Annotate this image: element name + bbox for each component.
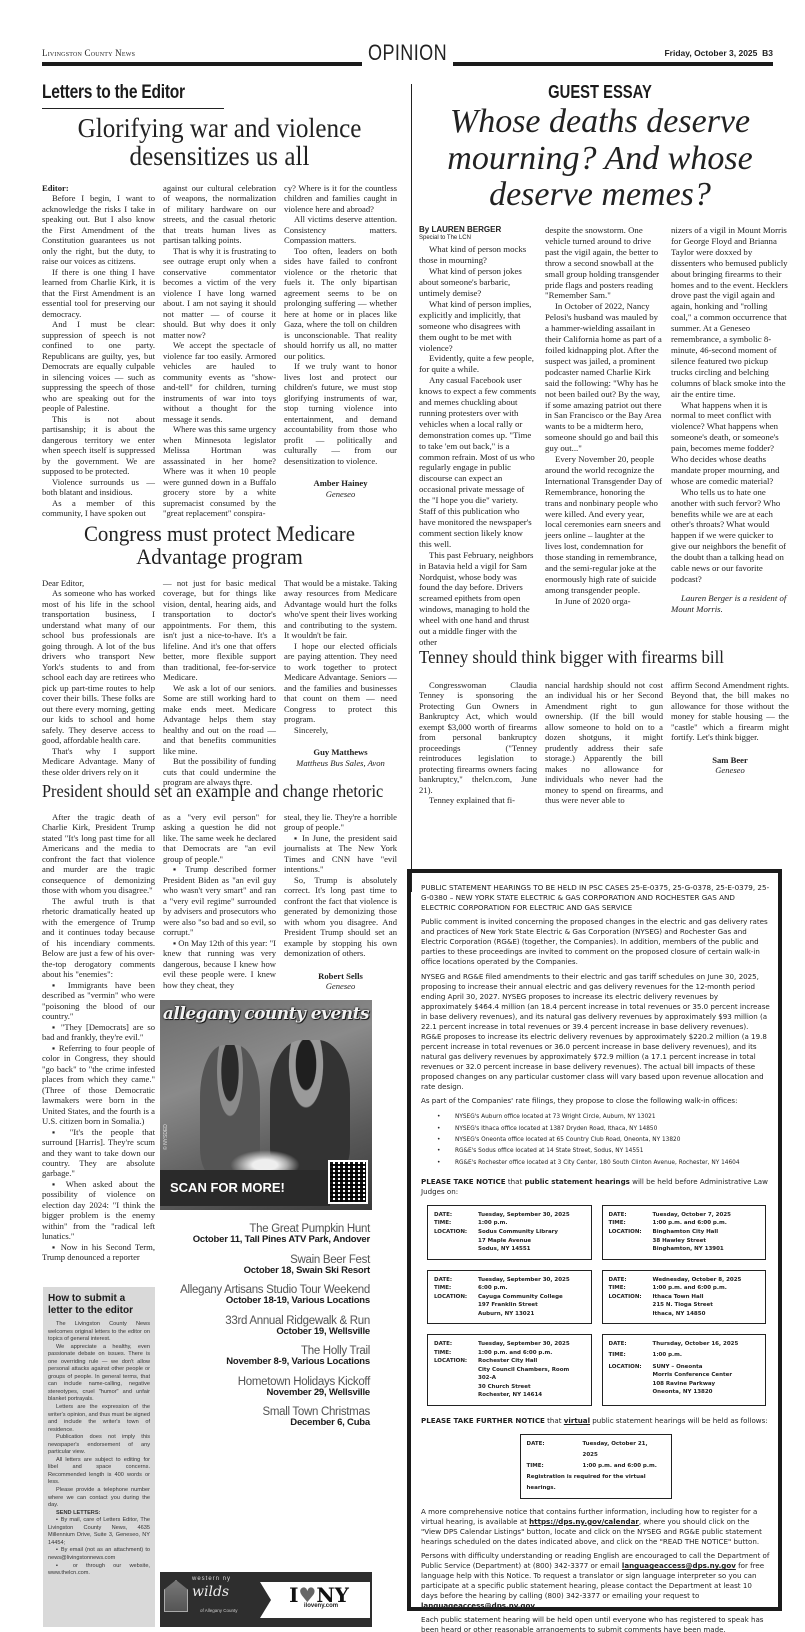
paragraph: The Livingston County News welcomes orig… [48, 1321, 150, 1344]
ad-footer: western ny wilds of Allegany County I♥NY… [160, 1572, 372, 1627]
bullet-paragraph: ▪ Immigrants have been described as "ver… [42, 980, 155, 1022]
take-notice: PLEASE TAKE NOTICE that public statement… [421, 1177, 770, 1197]
paragraph: If we truly want to honor lives lost and… [284, 361, 397, 466]
paragraph: against our cultural celebration of weap… [163, 183, 276, 246]
allegany-events-ad[interactable]: allegany county events © NYSDED SCAN FOR… [160, 1000, 372, 1627]
wny-logo-sub: of Allegany County [200, 1608, 238, 1613]
photo-credit: © NYSDED [163, 1124, 169, 1150]
paragraph: We ask a lot of our seniors. Some are st… [163, 683, 276, 756]
paragraph: This is not about partisanship; it is ab… [42, 414, 155, 477]
letter2-col2: — not just for basic medical coverage, b… [163, 578, 276, 778]
author-town: Mattheus Bus Sales, Avon [284, 758, 397, 768]
qr-code-icon[interactable] [328, 1160, 368, 1204]
paragraph: The awful truth is that rhetoric dramati… [42, 896, 155, 980]
paragraph: Before I begin, I want to acknowledge th… [42, 193, 155, 266]
letter4-col1: Congresswoman Claudia Tenney is sponsori… [419, 680, 537, 870]
paragraph: — not just for basic medical coverage, b… [163, 578, 276, 683]
event-date-location: November 29, Wellsville [160, 1388, 370, 1398]
bullet-paragraph: ▪ When asked about the possibility of vi… [42, 1179, 155, 1242]
how-to-submit-box: How to submit a letter to the editor The… [43, 1287, 155, 1627]
paragraph: Tenney explained that fi- [419, 795, 537, 805]
hearing-grid: DATE:Tuesday, September 30, 2025 TIME:1:… [427, 1205, 766, 1406]
issue-date: Friday, October 3, 2025 [664, 48, 757, 58]
submit-box-body: The Livingston County News welcomes orig… [48, 1321, 150, 1578]
paragraph: After the tragic death of Charlie Kirk, … [42, 812, 155, 896]
paragraph: Any casual Facebook user knows to expect… [419, 375, 537, 550]
paragraph: nancial hardship should not cost an indi… [545, 680, 663, 806]
calendar-link[interactable]: https://dps.ny.gov/calendar [529, 1517, 639, 1526]
office-item: RG&E's Sodus office located at 14 State … [437, 1146, 770, 1157]
letter4-col2: nancial hardship should not cost an indi… [545, 680, 663, 870]
paragraph: All victims deserve attention. Consisten… [284, 214, 397, 245]
event-title: 33rd Annual Ridgewalk & Run [160, 1315, 370, 1327]
salutation: Dear Editor, [42, 578, 155, 588]
wny-logo-script: wilds [192, 1585, 229, 1599]
event-item: Hometown Holidays Kickoff November 29, W… [160, 1376, 370, 1399]
registration-note: Registration is required for the virtual… [527, 1472, 665, 1494]
page-number: B3 [762, 48, 773, 58]
paragraph: Letters are the expression of the writer… [48, 1404, 150, 1434]
office-item: NYSEG's Ithaca office located at 1387 Dr… [437, 1124, 770, 1135]
byline-sub: Special to The LCN [419, 235, 537, 242]
bullet-paragraph: ▪ On May 12th of this year: "I knew that… [163, 938, 276, 990]
paper-name: Livingston County News [42, 48, 135, 58]
bullet-paragraph: ▪ Now in his Second Term, Trump denounce… [42, 1242, 155, 1263]
further-notice: PLEASE TAKE FURTHER NOTICE that virtual … [421, 1416, 770, 1426]
notice-close-intro: As part of the Companies' rate filings, … [421, 1096, 770, 1106]
events-list: The Great Pumpkin Hunt October 11, Tall … [160, 1215, 370, 1429]
iny-url: iloveny.com [260, 1603, 370, 1609]
paragraph: Publication does not imply this newspape… [48, 1434, 150, 1457]
masthead-rule-left [42, 62, 362, 66]
public-notice: PUBLIC STATEMENT HEARINGS TO BE HELD IN … [407, 869, 782, 1611]
essay-col2: despite the snowstorm. One vehicle turne… [545, 225, 663, 645]
byline: By LAUREN BERGER [419, 225, 537, 235]
event-item: Allegany Artisans Studio Tour Weekend Oc… [160, 1284, 370, 1307]
ad-photo: allegany county events © NYSDED SCAN FOR… [160, 1000, 372, 1210]
guest-essay-headline: Whose deaths deserve mourning? And whose… [415, 104, 785, 214]
author-name: Robert Sells [284, 971, 397, 981]
event-date-location: October 18, Swain Ski Resort [160, 1266, 370, 1276]
event-date-location: November 8-9, Various Locations [160, 1357, 370, 1367]
hearing-card: DATE:Wednesday, October 8, 2025 TIME:1:0… [602, 1270, 767, 1325]
letter1-headline: Glorifying war and violence desensitizes… [54, 114, 384, 171]
bullet-paragraph: ▪ In June, the president said journalist… [284, 833, 397, 875]
office-item: NYSEG's Auburn office located at 73 Wrig… [437, 1112, 770, 1123]
send-method-website[interactable]: ▪ or through our website, www.thelcn.com… [48, 1563, 150, 1578]
paragraph: If there is one thing I have learned fro… [42, 267, 155, 319]
event-date-location: October 19, Wellsville [160, 1327, 370, 1337]
hearing-card: DATE:Tuesday, September 30, 2025 TIME:6:… [427, 1270, 592, 1325]
event-date-location: December 6, Cuba [160, 1418, 370, 1428]
letter2-headline: Congress must protect Medicare Advantage… [51, 522, 388, 568]
paragraph: affirm Second Amendment rights. Beyond t… [671, 680, 789, 743]
language-help: Persons with difficulty understanding or… [421, 1551, 770, 1611]
paragraph: cy? Where is it for the countless childr… [284, 183, 397, 214]
author-tagline: Lauren Berger is a resident of Mount Mor… [671, 593, 789, 615]
paragraph: What kind of person jokes about someone'… [419, 266, 537, 299]
notice-title: PUBLIC STATEMENT HEARINGS TO BE HELD IN … [421, 883, 770, 913]
section-title: OPINION [368, 40, 447, 66]
letters-section-label: Letters to the Editor [42, 82, 185, 104]
paragraph: Sincerely, [284, 725, 397, 735]
send-method-email[interactable]: ▪ By email (not as an attachment) to new… [48, 1547, 150, 1562]
paragraph: Too often, leaders on both sides have fa… [284, 246, 397, 361]
event-date-location: October 11, Tall Pines ATV Park, Andover [160, 1235, 370, 1245]
paragraph: Who tells us to hate one another with su… [671, 487, 789, 585]
letter2-col1: Dear Editor, As someone who has worked m… [42, 578, 155, 778]
event-item: Swain Beer Fest October 18, Swain Ski Re… [160, 1254, 370, 1277]
bullet-paragraph: ▪ "It's the people that surround [Harris… [42, 1127, 155, 1179]
paragraph: And I must be clear: suppression of spee… [42, 319, 155, 413]
paragraph: We accept the spectacle of violence far … [163, 340, 276, 424]
send-method-mail: ▪ By mail, care of Letters Editor, The L… [48, 1517, 150, 1547]
bullet-paragraph: ▪ Trump described former President Biden… [163, 864, 276, 937]
date-page: Friday, October 3, 2025 B3 [664, 48, 773, 58]
letter3-col2: as a "very evil person" for asking a que… [163, 812, 276, 987]
notice-closing: Each public statement hearing will be he… [421, 1615, 770, 1632]
paragraph: All letters are subject to editing for l… [48, 1457, 150, 1487]
masthead-rule-right [453, 62, 773, 66]
section-underline [42, 108, 224, 109]
paragraph: Violence surrounds us — both blatant and… [42, 477, 155, 498]
event-item: The Holly Trail November 8-9, Various Lo… [160, 1345, 370, 1368]
letter3-headline: President should set an example and chan… [42, 782, 372, 800]
paragraph: nizers of a vigil in Mount Morris for Ge… [671, 225, 789, 400]
letter4-col3: affirm Second Amendment rights. Beyond t… [671, 680, 789, 870]
event-date-location: October 18-19, Various Locations [160, 1296, 370, 1306]
signature: Sam Beer Geneseo [671, 755, 789, 776]
letter1-col1: Editor: Before I begin, I want to acknow… [42, 183, 155, 513]
author-town: Geneseo [284, 489, 397, 499]
letter1-col2: against our cultural celebration of weap… [163, 183, 276, 513]
hearing-card: DATE:Tuesday, October 7, 2025 TIME:1:00 … [602, 1205, 767, 1260]
guest-essay-label: GUEST ESSAY [448, 82, 751, 103]
language-email-link-2[interactable]: languageaccess@dps.ny.gov [421, 1601, 535, 1610]
send-letters-label: SEND LETTERS: [48, 1510, 150, 1518]
paragraph: In June of 2020 orga- [545, 596, 663, 607]
paragraph: What kind of person mocks those in mourn… [419, 244, 537, 266]
signature: Amber Hainey Geneseo [284, 478, 397, 499]
hearing-card: DATE:Tuesday, September 30, 2025 TIME:1:… [427, 1334, 592, 1406]
paragraph: This past February, neighbors in Batavia… [419, 550, 537, 648]
bullet-paragraph: ▪ Referring to four people of color in C… [42, 1043, 155, 1127]
office-list: NYSEG's Auburn office located at 73 Wrig… [437, 1112, 770, 1168]
event-title: Swain Beer Fest [160, 1254, 370, 1266]
notice-intro: Public comment is invited concerning the… [421, 917, 770, 967]
column-divider [411, 84, 412, 892]
paragraph: So, Trump is absolutely correct. It's lo… [284, 875, 397, 959]
bullet-paragraph: ▪ "They [Democrats] are so bad and frank… [42, 1022, 155, 1043]
hearing-card: DATE:Tuesday, September 30, 2025 TIME:1:… [427, 1205, 592, 1260]
event-item: The Great Pumpkin Hunt October 11, Tall … [160, 1223, 370, 1246]
event-item: 33rd Annual Ridgewalk & Run October 19, … [160, 1315, 370, 1338]
office-item: RG&E's Rochester office located at 3 Cit… [437, 1158, 770, 1169]
letter3-body: After the tragic death of Charlie Kirk, … [42, 812, 397, 987]
essay-col1: By LAUREN BERGER Special to The LCN What… [419, 225, 537, 645]
paragraph: As someone who has worked most of his li… [42, 588, 155, 745]
guest-essay-body: By LAUREN BERGER Special to The LCN What… [419, 225, 789, 645]
office-item: NYSEG's Oneonta office located at 65 Cou… [437, 1135, 770, 1146]
letter2-body: Dear Editor, As someone who has worked m… [42, 578, 397, 778]
letter2-col3: That would be a mistake. Taking away res… [284, 578, 397, 778]
submit-box-title: How to submit a letter to the editor [48, 1293, 150, 1316]
salutation: Editor: [42, 183, 155, 193]
letter1-body: Editor: Before I begin, I want to acknow… [42, 183, 397, 513]
paragraph: Please provide a telephone number where … [48, 1487, 150, 1510]
paragraph: That's why I support Medicare Advantage.… [42, 746, 155, 777]
paragraph: steal, they lie. They're a horrible grou… [284, 812, 397, 833]
author-name: Amber Hainey [284, 478, 397, 488]
ad-script-title: allegany county events [160, 1004, 372, 1024]
paragraph: That is why it is frustrating to see out… [163, 246, 276, 340]
essay-col3: nizers of a vigil in Mount Morris for Ge… [671, 225, 789, 645]
paragraph: despite the snowstorm. One vehicle turne… [545, 225, 663, 301]
paragraph: In October of 2022, Nancy Pelosi's husba… [545, 301, 663, 454]
scan-for-more-banner: SCAN FOR MORE! [160, 1170, 330, 1206]
author-town: Geneseo [284, 981, 397, 991]
letter1-col3: cy? Where is it for the countless childr… [284, 183, 397, 513]
author-name: Sam Beer [671, 755, 789, 765]
letter3-col3: steal, they lie. They're a horrible grou… [284, 812, 397, 987]
notice-filing: NYSEG and RG&E filed amendments to their… [421, 972, 770, 1093]
wny-logo-small: western ny [192, 1576, 231, 1582]
virtual-hearing-box: DATE:Tuesday, October 21, 2025 TIME:1:00… [520, 1434, 672, 1499]
paragraph: We appreciate a healthy, even passionate… [48, 1344, 150, 1404]
letter3-col1: After the tragic death of Charlie Kirk, … [42, 812, 155, 987]
author-town: Geneseo [671, 765, 789, 775]
event-title: Hometown Holidays Kickoff [160, 1376, 370, 1388]
hearing-card: DATE:Thursday, October 16, 2025 TIME:1:0… [602, 1334, 767, 1406]
paragraph: Every November 20, people around the wor… [545, 454, 663, 596]
signature: Robert Sells Geneseo [284, 971, 397, 992]
paragraph: That would be a mistake. Taking away res… [284, 578, 397, 641]
paragraph: What happens when it is normal to meet c… [671, 400, 789, 487]
paragraph: I hope our elected officials are paying … [284, 641, 397, 725]
i-love-ny-logo: I♥NY iloveny.com [260, 1582, 370, 1618]
author-name: Guy Matthews [284, 747, 397, 757]
paragraph: What kind of person implies, explicitly … [419, 299, 537, 354]
paragraph: Congresswoman Claudia Tenney is sponsori… [419, 680, 537, 795]
letter4-body: Congresswoman Claudia Tenney is sponsori… [419, 680, 789, 870]
paragraph: Where was this same urgency when Minneso… [163, 424, 276, 518]
mountain-house-icon [164, 1580, 188, 1612]
paragraph: Evidently, quite a few people, for quite… [419, 353, 537, 375]
event-item: Small Town Christmas December 6, Cuba [160, 1406, 370, 1429]
more-info: A more comprehensive notice that contain… [421, 1507, 770, 1547]
paragraph: as a "very evil person" for asking a que… [163, 812, 276, 864]
paragraph: As a member of this community, I have sp… [42, 498, 155, 519]
letter4-headline: Tenney should think bigger with firearms… [419, 648, 774, 666]
language-email-link[interactable]: languageaccess@dps.ny.gov [622, 1561, 736, 1570]
signature: Guy Matthews Mattheus Bus Sales, Avon [284, 747, 397, 768]
